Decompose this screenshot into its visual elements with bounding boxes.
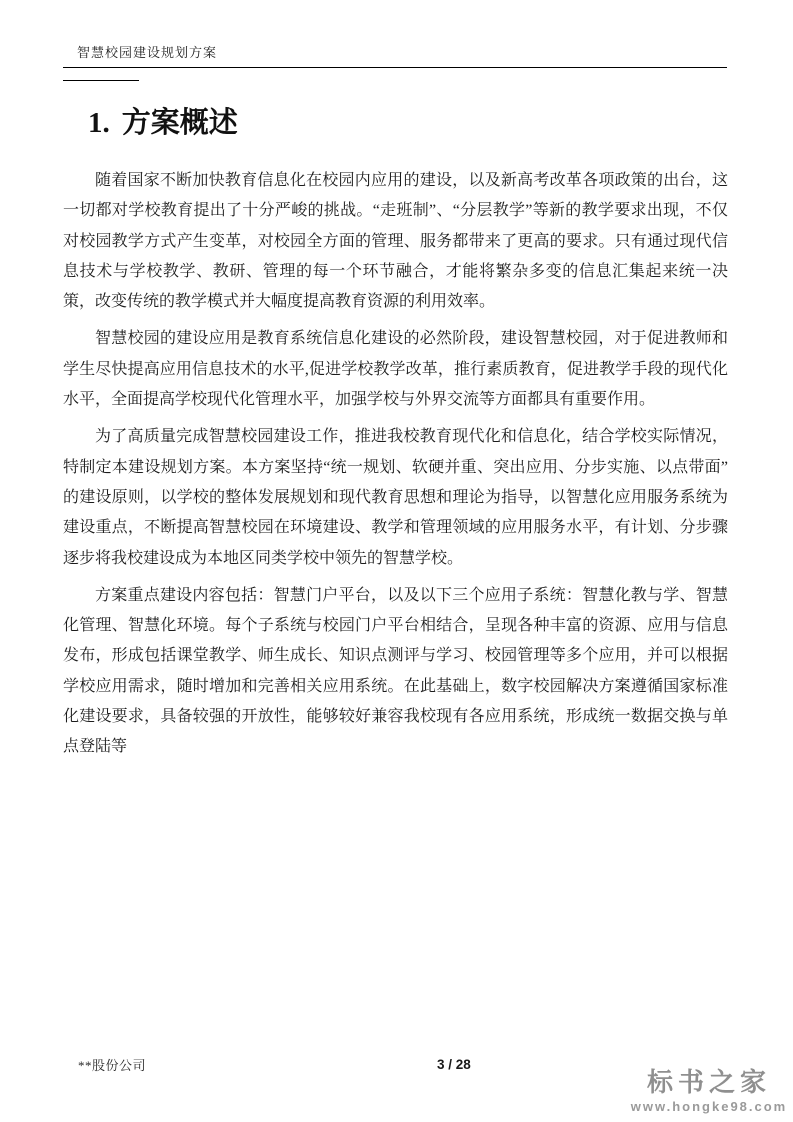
watermark-url: www.hongke98.com bbox=[629, 1100, 789, 1114]
watermark-logo-text: 标书之家 bbox=[629, 1068, 789, 1097]
section-number: 1. bbox=[88, 107, 110, 139]
watermark: 标书之家 www.hongke98.com bbox=[629, 1068, 789, 1114]
footer-company: **股份公司 bbox=[78, 1055, 146, 1074]
body-text: 随着国家不断加快教育信息化在校园内应用的建设，以及新高考改革各项政策的出台，这一… bbox=[63, 166, 728, 770]
section-heading: 1.方案概述 bbox=[88, 100, 238, 141]
footer-page-indicator: 3 / 28 bbox=[437, 1057, 471, 1072]
paragraph: 为了高质量完成智慧校园建设工作，推进我校教育现代化和信息化，结合学校实际情况，特… bbox=[63, 422, 728, 573]
paragraph: 方案重点建设内容包括：智慧门户平台，以及以下三个应用子系统：智慧化教与学、智慧化… bbox=[63, 581, 728, 763]
page-header: 智慧校园建设规划方案 bbox=[63, 42, 727, 68]
header-doc-title: 智慧校园建设规划方案 bbox=[77, 42, 217, 61]
paragraph: 智慧校园的建设应用是教育系统信息化建设的必然阶段，建设智慧校园，对于促进教师和学… bbox=[63, 324, 728, 415]
document-page: 智慧校园建设规划方案 1.方案概述 随着国家不断加快教育信息化在校园内应用的建设… bbox=[0, 0, 793, 1122]
section-title: 方案概述 bbox=[122, 107, 238, 139]
header-short-rule bbox=[63, 80, 139, 81]
paragraph: 随着国家不断加快教育信息化在校园内应用的建设，以及新高考改革各项政策的出台，这一… bbox=[63, 166, 728, 317]
